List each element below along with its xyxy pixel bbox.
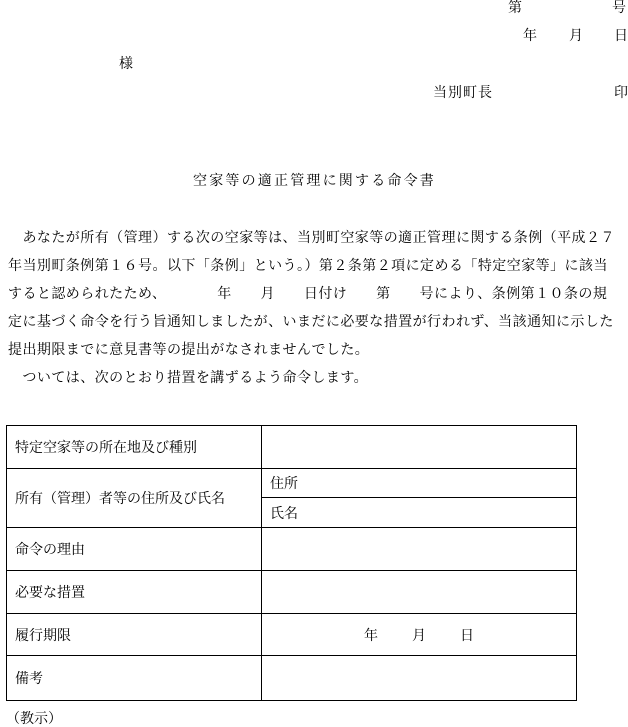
document-number-suffix: 号: [612, 0, 626, 16]
deadline-year-label: 年: [364, 628, 378, 644]
table-row-deadline: 履行期限 年月日: [7, 614, 577, 656]
table-row-remarks: 備考: [7, 656, 577, 701]
body-line: すると認められたため、 年 月 日付け 第 号により、条例第１０条の規: [8, 280, 628, 308]
value-order-reason[interactable]: [262, 528, 577, 571]
body-line: ついては、次のとおり措置を講ずるよう命令します。: [8, 364, 628, 392]
sublabel-name[interactable]: 氏名: [262, 498, 577, 528]
value-location-type[interactable]: [262, 426, 577, 469]
instruction-label: （教示）: [6, 711, 62, 727]
order-details-table: 特定空家等の所在地及び種別 所有（管理）者等の住所及び氏名 住所 氏名 命令の理…: [6, 425, 577, 701]
table-row-measures: 必要な措置: [7, 571, 577, 614]
body-line: 年当別町条例第１６号。以下「条例」という。）第２条第２項に定める「特定空家等」に…: [8, 252, 628, 280]
body-line: あなたが所有（管理）する次の空家等は、当別町空家等の適正管理に関する条例（平成２…: [8, 224, 628, 252]
label-required-measures: 必要な措置: [7, 571, 262, 614]
sublabel-address[interactable]: 住所: [262, 469, 577, 498]
label-remarks: 備考: [7, 656, 262, 701]
date-month-label: 月: [569, 28, 583, 44]
addressee-suffix: 様: [119, 56, 133, 72]
body-paragraph: あなたが所有（管理）する次の空家等は、当別町空家等の適正管理に関する条例（平成２…: [8, 224, 628, 392]
deadline-month-label: 月: [412, 628, 426, 644]
label-deadline: 履行期限: [7, 614, 262, 656]
seal-label: 印: [614, 85, 628, 101]
date-year-label: 年: [523, 28, 537, 44]
document-title: 空家等の適正管理に関する命令書: [193, 173, 436, 189]
label-location-type: 特定空家等の所在地及び種別: [7, 426, 262, 469]
body-line: 提出期限までに意見書等の提出がなされませんでした。: [8, 336, 628, 364]
value-remarks[interactable]: [262, 656, 577, 701]
deadline-day-label: 日: [460, 628, 474, 644]
label-owner-address-name: 所有（管理）者等の住所及び氏名: [7, 469, 262, 528]
body-line: 定に基づく命令を行う旨通知しましたが、いまだに必要な措置が行われず、当該通知に示…: [8, 308, 628, 336]
document-number-prefix: 第: [508, 0, 522, 16]
value-deadline[interactable]: 年月日: [262, 614, 577, 656]
issuer-name: 当別町長: [433, 85, 493, 101]
date-day-label: 日: [614, 28, 628, 44]
table-row-reason: 命令の理由: [7, 528, 577, 571]
label-order-reason: 命令の理由: [7, 528, 262, 571]
table-row-location: 特定空家等の所在地及び種別: [7, 426, 577, 469]
value-required-measures[interactable]: [262, 571, 577, 614]
table-row-owner-address: 所有（管理）者等の住所及び氏名 住所: [7, 469, 577, 498]
